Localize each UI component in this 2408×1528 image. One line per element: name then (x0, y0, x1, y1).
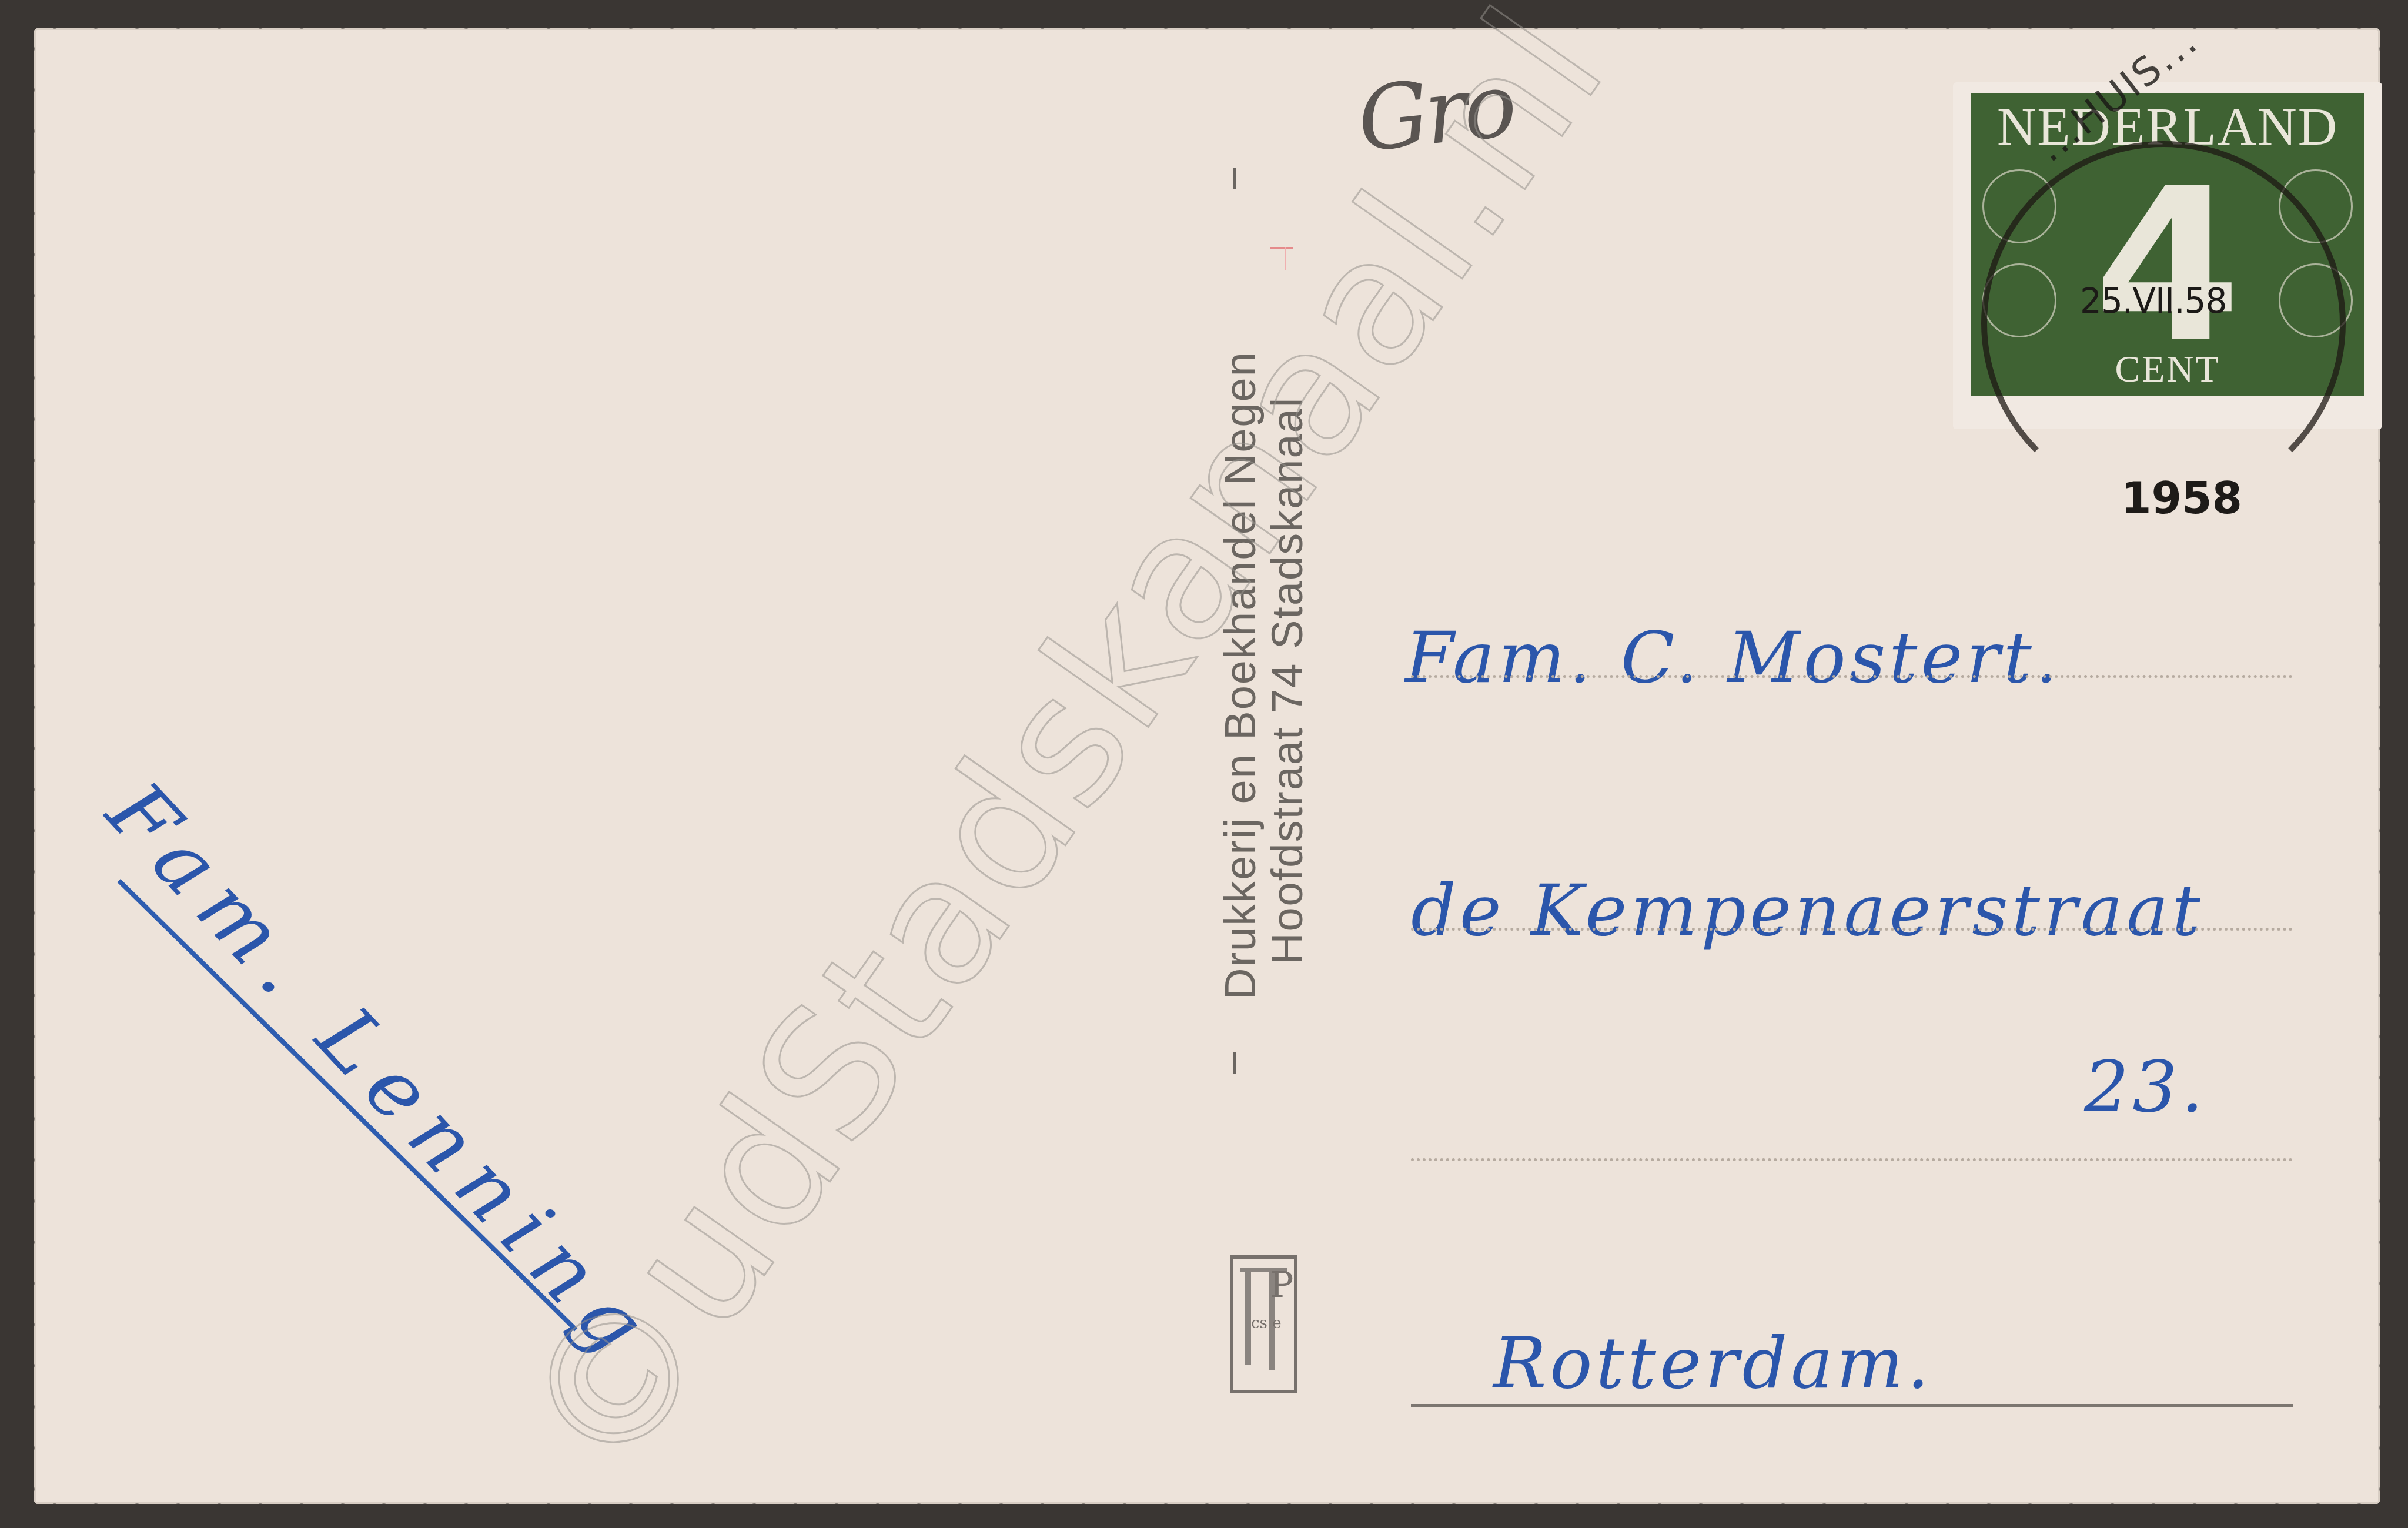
postmark-year: 1958 (2121, 473, 2242, 524)
address-line-4 (1411, 1404, 2293, 1407)
scalloped-edge-top (34, 28, 2380, 35)
publisher-logo-glyph: P (1270, 1265, 1293, 1306)
imprint-dash-top (1233, 168, 1236, 189)
recipient-name: Fam. C. Mostert. (1405, 617, 2061, 699)
postmark-date: 25.VII.58 (2080, 281, 2226, 321)
recipient-city: Rotterdam. (1493, 1323, 1933, 1405)
address-line-1 (1411, 675, 2293, 678)
publisher-logo-text: cs e (1251, 1315, 1282, 1332)
recipient-street: de Kempenaerstraat (1411, 870, 2204, 952)
scalloped-edge-left (34, 28, 41, 1504)
imprint-dash-bottom (1233, 1052, 1236, 1074)
publisher-logo: P cs e (1230, 1255, 1297, 1393)
address-line-3 (1411, 1158, 2293, 1161)
recipient-house-number: 23. (2084, 1046, 2207, 1128)
postmark-ring (1981, 141, 2346, 506)
address-line-2 (1411, 928, 2293, 931)
scalloped-edge-bottom (34, 1497, 2380, 1504)
